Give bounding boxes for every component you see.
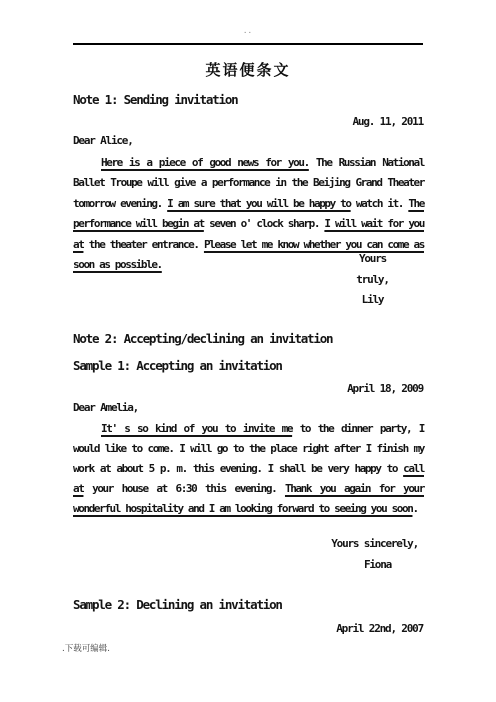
sample1-heading: Sample 1: Accepting an invitation — [73, 358, 282, 374]
note2-heading: Note 2: Accepting/declining an invitatio… — [73, 331, 332, 347]
note1-salutation: Dear Alice, — [73, 134, 133, 148]
text-run: the theater entrance. — [83, 238, 203, 251]
underlined-text-run: Here is a piece of good news for you. — [101, 156, 309, 169]
note1-heading: Note 1: Sending invitation — [73, 92, 237, 108]
text-run: watch it. — [351, 197, 409, 210]
underlined-text-run: It' s so kind of you to invite me — [101, 422, 292, 435]
sample1-signature: Fiona — [330, 558, 425, 572]
sample1-body: It' s so kind of you to invite me to the… — [73, 419, 424, 519]
note1-closing-line2: truly, — [295, 273, 450, 287]
text-run: seven o' clock sharp. — [204, 217, 325, 230]
underlined-text-run: I am sure that you will be happy to — [167, 197, 350, 210]
sample1-salutation: Dear Amelia, — [73, 401, 138, 415]
note1-signature: Lily — [295, 293, 450, 307]
note1-date: Aug. 11, 2011 — [73, 115, 423, 129]
sample2-heading: Sample 2: Declining an invitation — [73, 597, 282, 613]
header-rule — [73, 43, 423, 45]
text-run: . — [412, 502, 417, 515]
document-title: 英语便条文 — [0, 60, 496, 80]
document-page: .. 英语便条文 Note 1: Sending invitation Aug.… — [0, 0, 496, 702]
page-header-mark: .. — [0, 28, 496, 36]
note1-closing-line1: Yours — [295, 252, 450, 266]
text-run: your house at 6:30 this evening. — [83, 482, 285, 495]
sample2-date: April 22nd, 2007 — [73, 622, 423, 636]
footer-watermark: .下载可编辑. — [62, 644, 110, 655]
sample1-date: April 18, 2009 — [73, 382, 423, 396]
sample1-closing: Yours sincerely, — [73, 537, 418, 551]
